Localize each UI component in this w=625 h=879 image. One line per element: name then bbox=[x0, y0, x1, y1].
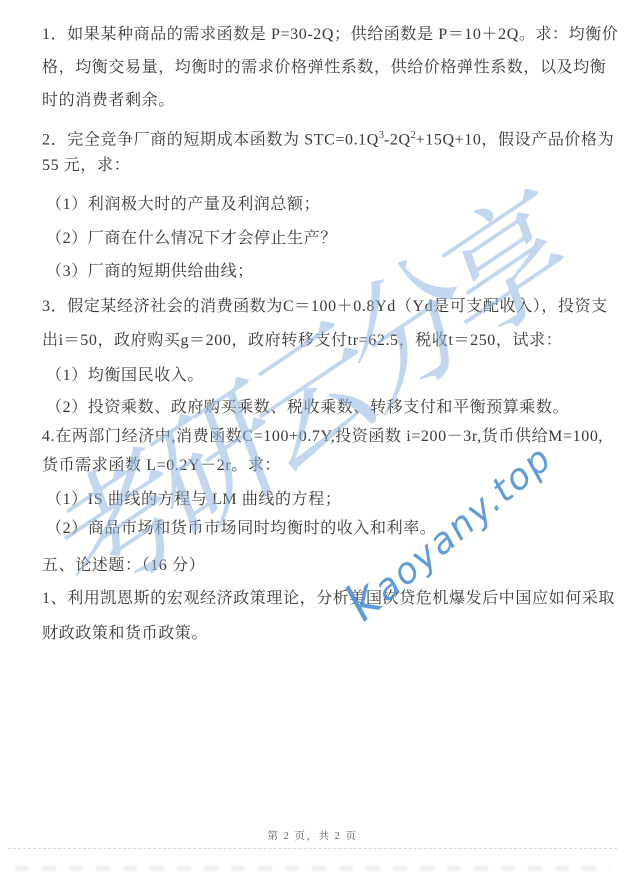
question-2-item-1: （1）利润极大时的产量及利润总额； bbox=[46, 195, 320, 215]
section-5-heading: 五、论述题：（16 分） bbox=[42, 556, 205, 576]
question-4-line-2: 货币需求函数 L=0.2Y－2r。求： bbox=[42, 456, 281, 476]
question-4-item-1: （1）IS 曲线的方程与 LM 曲线的方程； bbox=[46, 490, 341, 510]
question-4-item-2: （2）商品市场和货币市场同时均衡时的收入和利率。 bbox=[46, 519, 436, 539]
exam-page: 1．如果某种商品的需求函数是 P=30-2Q；供给函数是 P＝10＋2Q。求：均… bbox=[0, 0, 625, 879]
q2-formula-mid: -2Q bbox=[384, 131, 411, 148]
question-3-item-1: （1）均衡国民收入。 bbox=[46, 366, 204, 386]
question-2-item-3: （3）厂商的短期供给曲线； bbox=[46, 262, 254, 282]
question-2-item-2: （2）厂商在什么情况下才会停止生产？ bbox=[46, 229, 337, 249]
question-1-line-2: 格，均衡交易量，均衡时的需求价格弹性系数，供给价格弹性系数，以及均衡 bbox=[42, 58, 606, 78]
question-1-line-1: 1．如果某种商品的需求函数是 P=30-2Q；供给函数是 P＝10＋2Q。求：均… bbox=[42, 25, 618, 45]
question-2-line-1: 2．完全竞争厂商的短期成本函数为 STC=0.1Q3-2Q2+15Q+10，假设… bbox=[42, 126, 614, 150]
footer-divider-line bbox=[8, 848, 617, 849]
question-4-line-1: 4.在两部门经济中,消费函数C=100+0.7Y,投资函数 i=200－3r,货… bbox=[42, 427, 603, 447]
question-3-line-2: 出i＝50，政府购买g＝200，政府转移支付tr=62.5，税收t＝250，试求… bbox=[42, 331, 562, 351]
q2-formula-pre: 2．完全竞争厂商的短期成本函数为 STC=0.1Q bbox=[42, 131, 379, 148]
q2-formula-post: +15Q+10，假设产品价格为 bbox=[416, 131, 615, 148]
page-number-footer: 第 2 页，共 2 页 bbox=[0, 828, 625, 843]
question-1-line-3: 时的消费者剩余。 bbox=[42, 91, 175, 111]
scan-noise-strip bbox=[15, 866, 610, 871]
essay-question-line-2: 财政政策和货币政策。 bbox=[42, 624, 208, 644]
question-2-line-2: 55 元，求： bbox=[42, 156, 130, 176]
question-3-item-2: （2）投资乘数、政府购买乘数、税收乘数、转移支付和平衡预算乘数。 bbox=[46, 398, 569, 418]
essay-question-line-1: 1、利用凯恩斯的宏观经济政策理论，分析美国次贷危机爆发后中国应如何采取 bbox=[42, 589, 615, 609]
question-3-line-1: 3．假定某经济社会的消费函数为C＝100＋0.8Yd（Yd是可支配收入），投资支 bbox=[42, 297, 608, 317]
